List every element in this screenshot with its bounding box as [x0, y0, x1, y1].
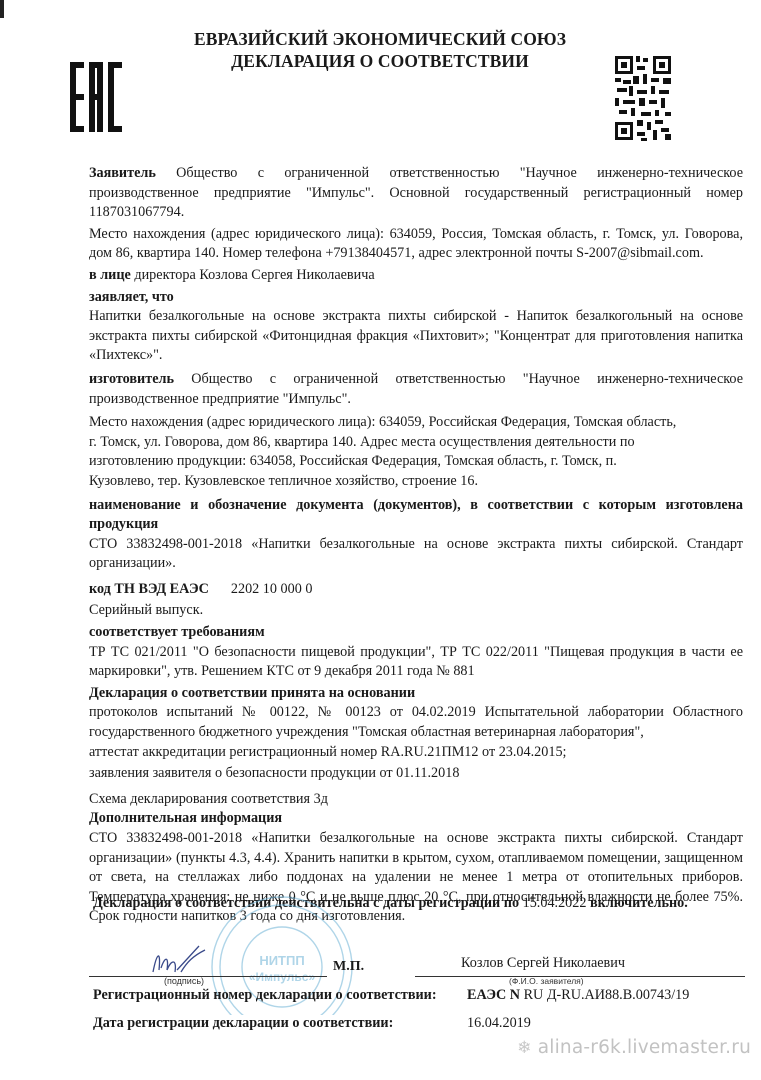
requirements-text: ТР ТС 021/2011 "О безопасности пищевой п… — [89, 643, 743, 682]
manufacturer-label: изготовитель — [89, 371, 174, 387]
basis-accreditation: аттестат аккредитации регистрационный но… — [89, 743, 743, 763]
title-line-2: ДЕКЛАРАЦИЯ О СООТВЕТСТВИИ — [140, 50, 620, 72]
registration-number-code: RU Д-RU.АИ88.В.00743/19 — [520, 987, 689, 1003]
hs-code-label: код ТН ВЭД ЕАЭС — [89, 580, 209, 600]
manufacturer-address: Место нахождения (адрес юридического лиц… — [89, 413, 743, 491]
document-title: ЕВРАЗИЙСКИЙ ЭКОНОМИЧЕСКИЙ СОЮЗ ДЕКЛАРАЦИ… — [140, 28, 620, 72]
manufacturer-section: изготовитель Общество с ограниченной отв… — [89, 370, 743, 409]
registration-date-row: Дата регистрации декларации о соответств… — [93, 1015, 753, 1032]
registration-number-prefix: ЕАЭС N — [467, 987, 520, 1003]
snowflake-icon: ❄ — [517, 1038, 531, 1058]
basis-label: Декларация о соответствии принята на осн… — [89, 684, 743, 704]
additional-info-label: Дополнительная информация — [89, 809, 743, 829]
manufacturer-address-line: г. Томск, ул. Говорова, дом 86, квартира… — [89, 433, 743, 453]
qr-code-icon — [613, 54, 673, 142]
registration-number-row: Регистрационный номер декларации о соотв… — [93, 987, 753, 1004]
declaration-body: Заявитель Общество с ограниченной ответс… — [89, 164, 743, 927]
signature-line — [89, 976, 327, 977]
represented-by: в лице директора Козлова Сергея Николаев… — [89, 266, 743, 286]
serial-production: Серийный выпуск. — [89, 601, 743, 621]
signature-caption: (подпись) — [164, 976, 204, 986]
basis-statement: заявления заявителя о безопасности проду… — [89, 764, 743, 784]
validity-prefix: Декларация о соответствии действительна … — [93, 895, 523, 911]
hs-code-value: 2202 10 000 0 — [231, 580, 313, 600]
applicant-address: Место нахождения (адрес юридического лиц… — [89, 225, 743, 264]
signer-name: Козлов Сергей Николаевич — [461, 955, 625, 972]
validity-statement: Декларация о соответствии действительна … — [93, 895, 688, 912]
applicant-label: Заявитель — [89, 165, 156, 181]
requirements-label: соответствует требованиям — [89, 623, 743, 643]
registration-number-value: ЕАЭС N RU Д-RU.АИ88.В.00743/19 — [467, 987, 689, 1004]
registration-date-value: 16.04.2019 — [467, 1015, 531, 1032]
product-description: Напитки безалкогольные на основе экстрак… — [89, 307, 743, 366]
registration-number-label: Регистрационный номер декларации о соотв… — [93, 987, 467, 1004]
represented-text: директора Козлова Сергея Николаевича — [131, 267, 375, 283]
declaration-scheme: Схема декларирования соответствия 3д — [89, 790, 743, 810]
validity-suffix: включительно. — [586, 895, 687, 911]
manufacturer-address-line: Кузовлево, тер. Кузовлевское тепличное х… — [89, 472, 743, 492]
signer-caption: (Ф.И.О. заявителя) — [509, 976, 584, 986]
watermark-text: alina-r6k.livemaster.ru — [538, 1037, 751, 1058]
stamp-place-mark: М.П. — [333, 959, 364, 975]
basis-protocols: протоколов испытаний № 00122, № 00123 от… — [89, 703, 743, 742]
title-line-1: ЕВРАЗИЙСКИЙ ЭКОНОМИЧЕСКИЙ СОЮЗ — [140, 28, 620, 50]
represented-label: в лице — [89, 267, 131, 283]
applicant-text: Общество с ограниченной ответственностью… — [89, 165, 743, 220]
watermark: ❄ alina-r6k.livemaster.ru — [517, 1037, 751, 1058]
registration-date-label: Дата регистрации декларации о соответств… — [93, 1015, 467, 1032]
declares-label: заявляет, что — [89, 288, 743, 308]
hs-code-row: код ТН ВЭД ЕАЭС 2202 10 000 0 — [89, 580, 743, 600]
validity-date: 15.04.2022 — [523, 895, 587, 911]
handwritten-signature-icon — [147, 942, 207, 978]
manufacturer-text: Общество с ограниченной ответственностью… — [89, 371, 743, 407]
additional-info-text: СТО 33832498-001-2018 «Напитки безалкого… — [89, 829, 743, 927]
scan-edge — [0, 0, 4, 18]
manufacturer-address-line: Место нахождения (адрес юридического лиц… — [89, 413, 743, 433]
document-basis-label: наименование и обозначение документа (до… — [89, 496, 743, 535]
manufacturer-address-line: изготовлению продукции: 634058, Российск… — [89, 452, 743, 472]
eac-logo-icon — [70, 62, 122, 132]
document-basis-text: СТО 33832498-001-2018 «Напитки безалкого… — [89, 535, 743, 574]
applicant-section: Заявитель Общество с ограниченной ответс… — [89, 164, 743, 223]
